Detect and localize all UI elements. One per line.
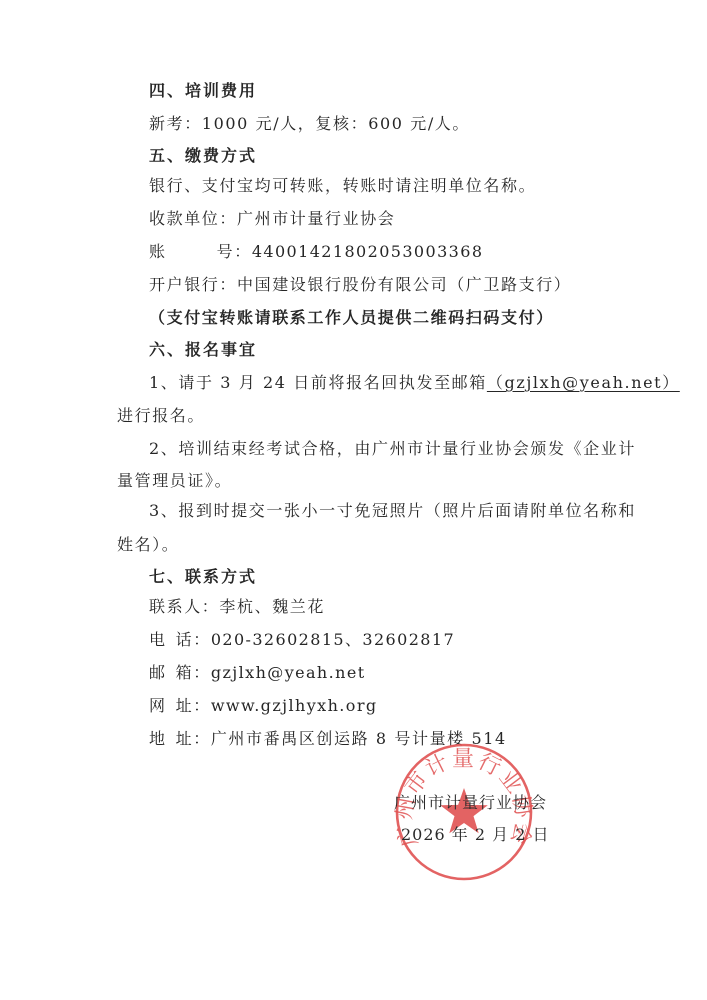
account-number: 账号：44001421802053003368 <box>149 242 483 262</box>
contact-website: 网址：www.gzjlhyxh.org <box>149 696 378 716</box>
contact-email-value[interactable]: gzjlxh@yeah.net <box>211 663 366 682</box>
contact-phone: 电话：020-32602815、32602817 <box>149 630 455 650</box>
registration-item-1-cont: 进行报名。 <box>117 406 205 426</box>
contact-phone-value: 020-32602815、32602817 <box>211 630 455 649</box>
contact-website-label-a: 网 <box>149 696 167 715</box>
contact-email: 邮箱：gzjlxh@yeah.net <box>149 663 366 683</box>
payment-methods: 银行、支付宝均可转账，转账时请注明单位名称。 <box>149 176 536 196</box>
contact-person: 联系人：李杭、魏兰花 <box>149 597 325 617</box>
section-heading-fees: 四、培训费用 <box>149 81 257 101</box>
account-label-a: 账 <box>149 242 167 261</box>
registration-email-link[interactable]: （gzjlxh@yeah.net） <box>487 373 680 392</box>
contact-website-value[interactable]: www.gzjlhyxh.org <box>211 696 378 715</box>
bank-name: 开户银行：中国建设银行股份有限公司（广卫路支行） <box>149 275 571 295</box>
contact-person-label: 联系人： <box>149 597 219 616</box>
signature-org: 广州市计量行业协会 <box>394 793 547 813</box>
registration-item-2: 2、培训结束经考试合格，由广州市计量行业协会颁发《企业计 <box>149 439 636 459</box>
account-label-b: 号： <box>217 242 252 261</box>
fee-details: 新考：1000 元/人，复核：600 元/人。 <box>149 114 470 134</box>
contact-address-label-a: 地 <box>149 729 167 748</box>
alipay-note: （支付宝转账请联系工作人员提供二维码扫码支付） <box>149 308 554 328</box>
contact-address-label-b: 址： <box>176 729 211 748</box>
contact-person-value: 李杭、魏兰花 <box>219 597 325 616</box>
registration-item-2-cont: 量管理员证》。 <box>117 471 232 491</box>
payee: 收款单位：广州市计量行业协会 <box>149 209 395 229</box>
section-heading-contact: 七、联系方式 <box>149 567 257 587</box>
contact-email-label-b: 箱： <box>176 663 211 682</box>
contact-website-label-b: 址： <box>176 696 211 715</box>
registration-item-1: 1、请于 3 月 24 日前将报名回执发至邮箱（gzjlxh@yeah.net） <box>149 373 680 393</box>
registration-item-3-cont: 姓名）。 <box>117 535 179 555</box>
registration-item-1-text: 1、请于 3 月 24 日前将报名回执发至邮箱 <box>149 373 487 392</box>
account-value: 44001421802053003368 <box>252 242 484 261</box>
section-heading-payment: 五、缴费方式 <box>149 146 257 166</box>
contact-phone-label-a: 电 <box>149 630 167 649</box>
contact-email-label-a: 邮 <box>149 663 167 682</box>
registration-item-3: 3、报到时提交一张小一寸免冠照片（照片后面请附单位名称和 <box>149 501 636 521</box>
signature-date: 2026 年 2 月 2 日 <box>401 825 550 845</box>
contact-phone-label-b: 话： <box>176 630 211 649</box>
section-heading-registration: 六、报名事宜 <box>149 340 257 360</box>
